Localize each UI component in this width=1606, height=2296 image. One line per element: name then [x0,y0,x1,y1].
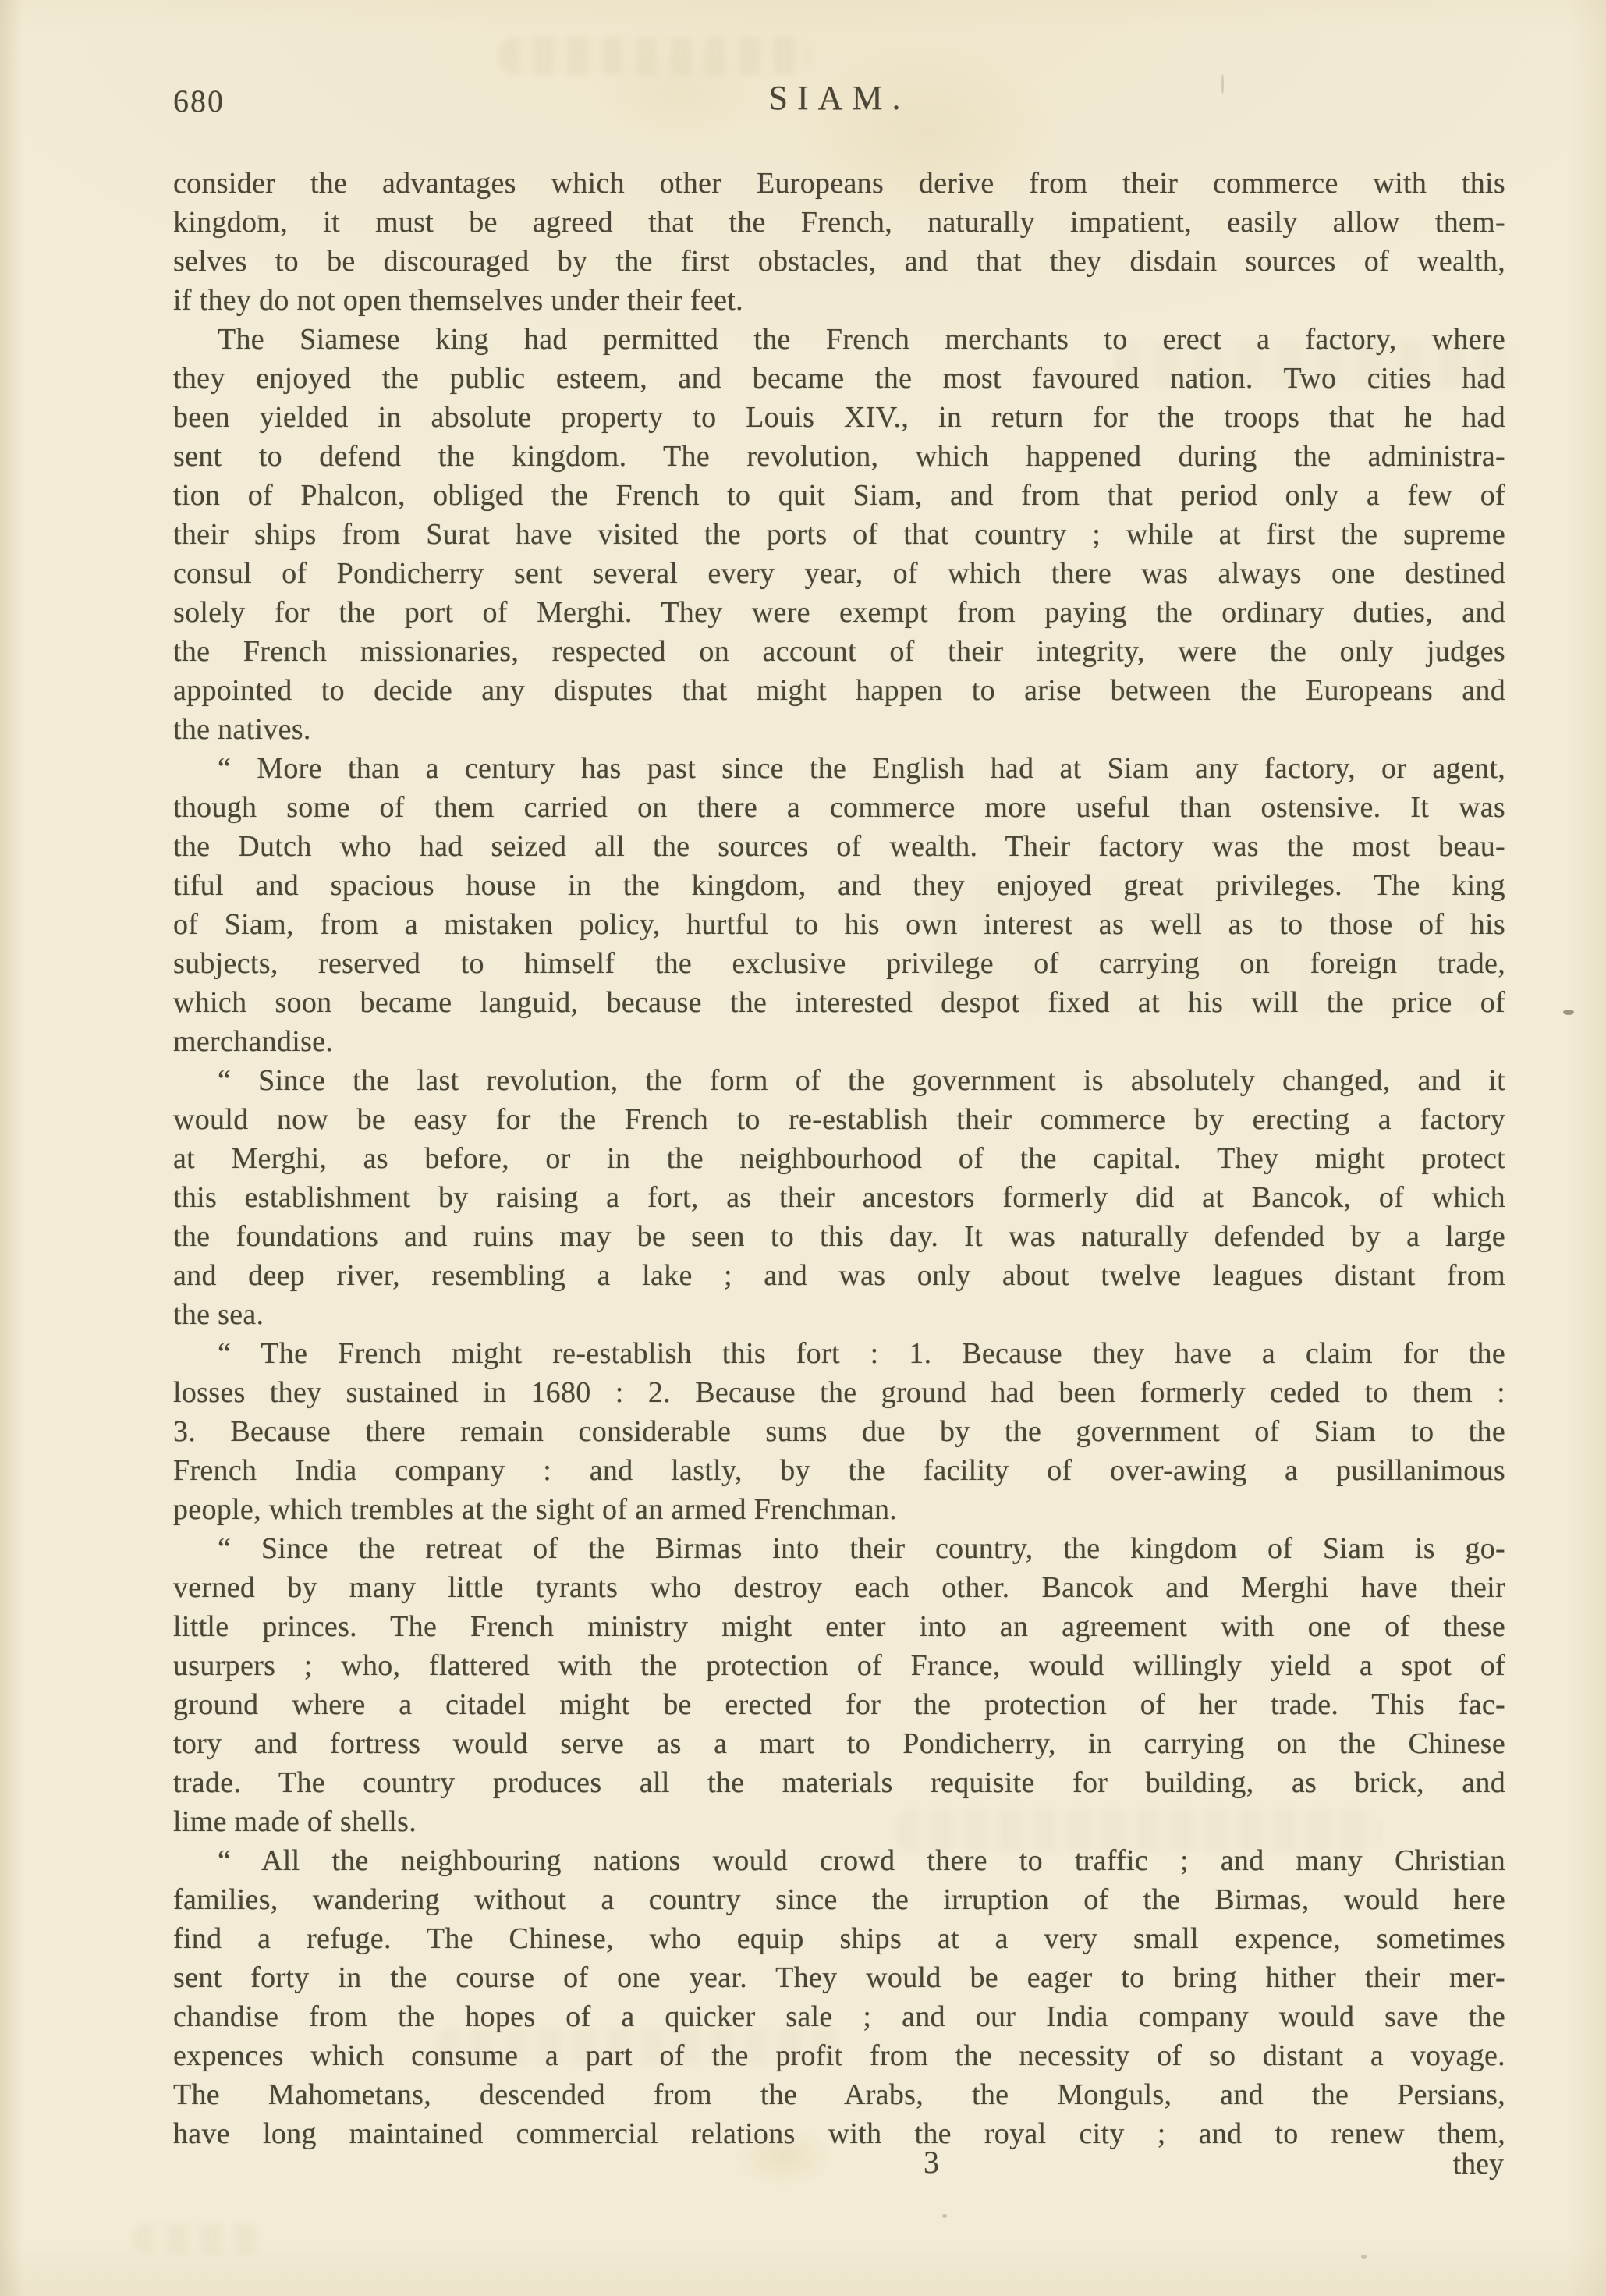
paragraph: “ Since the retreat of the Birmas into t… [173,1529,1505,1841]
text-line: “ More than a century has past since the… [173,749,1505,788]
text-line: verned by many little tyrants who destro… [173,1568,1505,1607]
paragraph: consider the advantages which other Euro… [173,164,1505,320]
text-line: the natives. [173,710,1505,749]
text-line: 3. Because there remain considerable sum… [173,1412,1505,1451]
text-line: sent to defend the kingdom. The revoluti… [173,437,1505,476]
text-line: their ships from Surat have visited the … [173,515,1505,554]
text-line: losses they sustained in 1680 : 2. Becau… [173,1373,1505,1412]
ink-speck [1563,1010,1574,1015]
text-line: trade. The country produces all the mate… [173,1763,1505,1802]
text-line: been yielded in absolute property to Lou… [173,398,1505,437]
text-line: sent forty in the course of one year. Th… [173,1958,1505,1997]
catchword: they [1453,2147,1504,2181]
text-line: “ All the neighbouring nations would cro… [173,1841,1505,1880]
text-line: selves to be discouraged by the first ob… [173,242,1505,281]
text-line: they enjoyed the public esteem, and beca… [173,359,1505,398]
text-line: if they do not open themselves under the… [173,281,1505,320]
text-line: “ Since the last revolution, the form of… [173,1061,1505,1100]
text-line: solely for the port of Merghi. They were… [173,593,1505,632]
text-line: find a refuge. The Chinese, who equip sh… [173,1919,1505,1958]
text-line: people, which trembles at the sight of a… [173,1490,1505,1529]
text-line: “ Since the retreat of the Birmas into t… [173,1529,1505,1568]
text-line: tiful and spacious house in the kingdom,… [173,866,1505,905]
showthrough-smudge [133,2223,265,2255]
text-line: consul of Pondicherry sent several every… [173,554,1505,593]
text-line: the foundations and ruins may be seen to… [173,1217,1505,1256]
text-line: kingdom, it must be agreed that the Fren… [173,203,1505,242]
text-line: “ The French might re-establish this for… [173,1334,1505,1373]
paragraph: “ More than a century has past since the… [173,749,1505,1061]
running-header: SIAM. [173,78,1505,118]
text-line: the French missionaries, respected on ac… [173,632,1505,671]
scanned-book-page: 680 SIAM. consider the advantages which … [0,0,1606,2296]
footer-row: 3 they [173,2139,1505,2186]
text-line: merchandise. [173,1022,1505,1061]
paragraph: “ Since the last revolution, the form of… [173,1061,1505,1334]
text-block: consider the advantages which other Euro… [173,164,1505,2153]
text-line: tory and fortress would serve as a mart … [173,1724,1505,1763]
text-line: of Siam, from a mistaken policy, hurtful… [173,905,1505,944]
ink-speck [942,2214,947,2218]
paragraph: “ The French might re-establish this for… [173,1334,1505,1529]
text-line: The Siamese king had permitted the Frenc… [173,320,1505,359]
text-line: would now be easy for the French to re-e… [173,1100,1505,1139]
text-line: lime made of shells. [173,1802,1505,1841]
text-line: and deep river, resembling a lake ; and … [173,1256,1505,1295]
ink-speck [1361,2255,1367,2259]
text-line: families, wandering without a country si… [173,1880,1505,1919]
text-line: consider the advantages which other Euro… [173,164,1505,203]
text-line: though some of them carried on there a c… [173,788,1505,827]
text-line: at Merghi, as before, or in the neighbou… [173,1139,1505,1178]
showthrough-smudge [499,37,811,75]
text-line: which soon became languid, because the i… [173,983,1505,1022]
paragraph: The Siamese king had permitted the Frenc… [173,320,1505,749]
text-line: this establishment by raising a fort, as… [173,1178,1505,1217]
text-line: the sea. [173,1295,1505,1334]
text-line: appointed to decide any disputes that mi… [173,671,1505,710]
text-line: usurpers ; who, flattered with the prote… [173,1646,1505,1685]
text-line: chandise from the hopes of a quicker sal… [173,1997,1505,2036]
text-line: expences which consume a part of the pro… [173,2036,1505,2075]
text-line: little princes. The French ministry migh… [173,1607,1505,1646]
text-line: ground where a citadel might be erected … [173,1685,1505,1724]
text-line: subjects, reserved to himself the exclus… [173,944,1505,983]
text-line: French India company : and lastly, by th… [173,1451,1505,1490]
signature-mark: 3 [924,2144,939,2181]
text-line: tion of Phalcon, obliged the French to q… [173,476,1505,515]
text-line: The Mahometans, descended from the Arabs… [173,2075,1505,2114]
paragraph: “ All the neighbouring nations would cro… [173,1841,1505,2153]
text-line: the Dutch who had seized all the sources… [173,827,1505,866]
